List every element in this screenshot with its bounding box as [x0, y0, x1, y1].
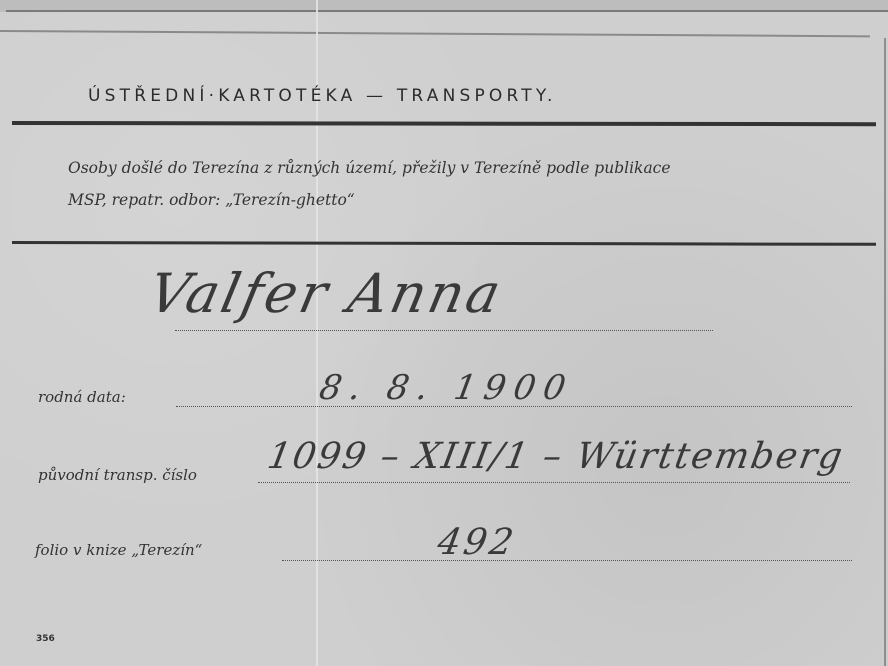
- folio-label: folio v knize „Terezín“: [35, 541, 202, 559]
- index-card: ÚSTŘEDNÍ·KARTOTÉKA — TRANSPORTY. Osoby d…: [0, 0, 888, 666]
- card-title: ÚSTŘEDNÍ·KARTOTÉKA — TRANSPORTY.: [88, 86, 557, 106]
- card-print-number: 356: [36, 634, 55, 644]
- title-rule: [12, 121, 876, 126]
- card-edge-line: [0, 30, 870, 37]
- transport-number-value: 1099 – XIII/1 – Württemberg: [264, 436, 847, 477]
- subtitle-line-1: Osoby došlé do Terezína z různých území,…: [68, 152, 858, 184]
- card-edge-line: [6, 10, 888, 12]
- folio-dotted-line: [282, 560, 852, 561]
- card-edge-line: [884, 38, 886, 666]
- subtitle-rule: [12, 241, 876, 246]
- transport-number-dotted-line: [258, 482, 850, 483]
- birth-date-label: rodná data:: [38, 388, 126, 406]
- subtitle-line-2: MSP, repatr. odbor: „Terezín-ghetto“: [68, 184, 858, 216]
- card-subtitle: Osoby došlé do Terezína z různých území,…: [68, 152, 858, 216]
- birth-date-value: 8. 8. 1900: [316, 368, 576, 408]
- handwritten-name: Valfer Anna: [143, 262, 509, 325]
- transport-number-label: původní transp. číslo: [38, 466, 197, 484]
- folio-value: 492: [434, 522, 519, 563]
- name-dotted-line: [175, 330, 713, 331]
